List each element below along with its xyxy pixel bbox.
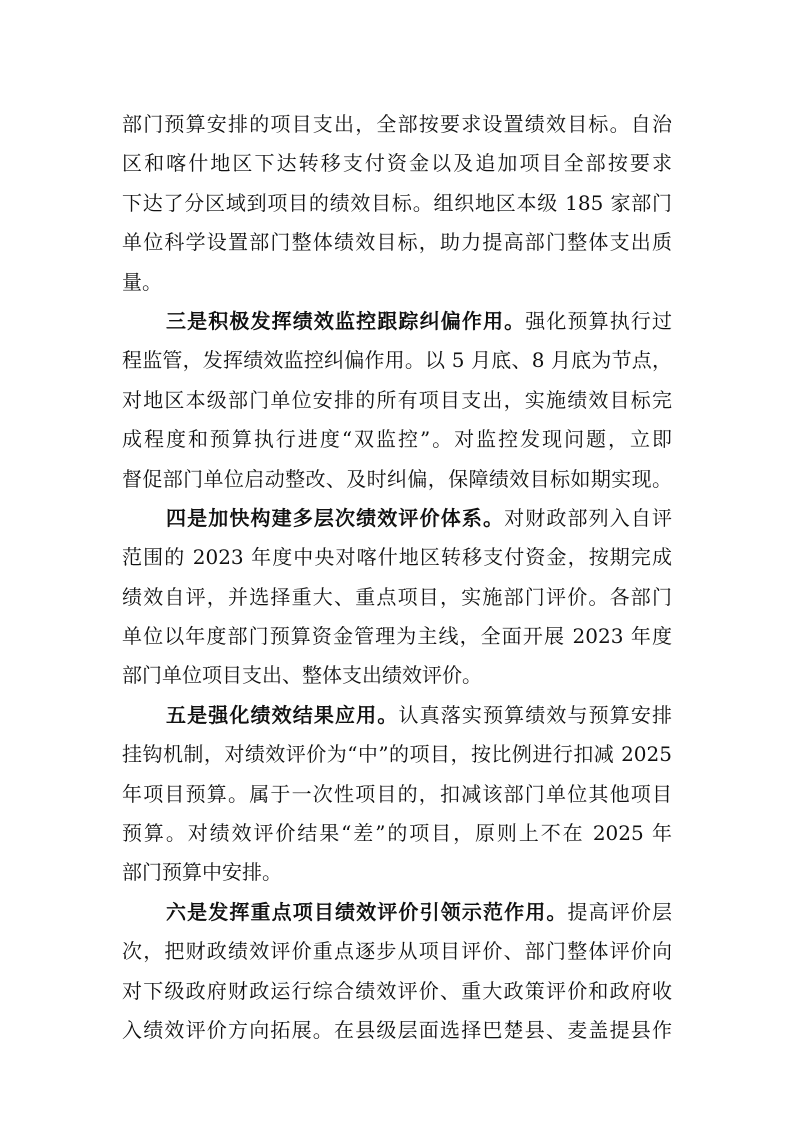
text-line: 年项目预算。属于一次性项目的，扣减该部门单位其他项目	[122, 775, 672, 814]
paragraph-first-line: 三是积极发挥绩效监控跟踪纠偏作用。强化预算执行过	[122, 302, 672, 341]
text-line: 部门预算中安排。	[122, 853, 672, 892]
text-line: 次，把财政绩效评价重点逐步从项目评价、部门整体评价向	[122, 932, 672, 971]
document-body: 部门预算安排的项目支出，全部按要求设置绩效目标。自治 区和喀什地区下达转移支付资…	[122, 105, 672, 1050]
text-line: 预算。对绩效评价结果“差”的项目，原则上不在 2025 年	[122, 814, 672, 853]
text-line: 程监管，发挥绩效监控纠偏作用。以 5 月底、8 月底为节点，	[122, 341, 672, 380]
paragraph-heading: 五是强化绩效结果应用。	[166, 703, 398, 727]
text-line: 区和喀什地区下达转移支付资金以及追加项目全部按要求	[122, 144, 672, 183]
text-line: 下达了分区域到项目的绩效目标。组织地区本级 185 家部门	[122, 184, 672, 223]
text-line: 绩效自评，并选择重大、重点项目，实施部门评价。各部门	[122, 578, 672, 617]
text-line: 范围的 2023 年度中央对喀什地区转移支付资金，按期完成	[122, 538, 672, 577]
text-line: 对地区本级部门单位安排的所有项目支出，实施绩效目标完	[122, 381, 672, 420]
text-line: 单位科学设置部门整体绩效目标，助力提高部门整体支出质	[122, 223, 672, 262]
text-line: 量。	[122, 263, 672, 302]
paragraph-text: 强化预算执行过	[525, 309, 672, 333]
text-line: 单位以年度部门预算资金管理为主线，全面开展 2023 年度	[122, 617, 672, 656]
paragraph-first-line: 四是加快构建多层次绩效评价体系。对财政部列入自评	[122, 499, 672, 538]
paragraph-heading: 六是发挥重点项目绩效评价引领示范作用。	[166, 900, 567, 924]
paragraph-text: 认真落实预算绩效与预算安排	[398, 703, 672, 727]
text-line: 成程度和预算执行进度“双监控”。对监控发现问题，立即	[122, 420, 672, 459]
paragraph-first-line: 五是强化绩效结果应用。认真落实预算绩效与预算安排	[122, 696, 672, 735]
text-line: 对下级政府财政运行综合绩效评价、重大政策评价和政府收	[122, 972, 672, 1011]
text-line: 挂钩机制，对绩效评价为“中”的项目，按比例进行扣减 2025	[122, 735, 672, 774]
document-page: 部门预算安排的项目支出，全部按要求设置绩效目标。自治 区和喀什地区下达转移支付资…	[0, 0, 793, 1122]
text-line: 入绩效评价方向拓展。在县级层面选择巴楚县、麦盖提县作	[122, 1011, 672, 1050]
text-line: 部门单位项目支出、整体支出绩效评价。	[122, 656, 672, 695]
paragraph-text: 提高评价层	[567, 900, 672, 924]
paragraph-heading: 四是加快构建多层次绩效评价体系。	[166, 506, 504, 530]
paragraph-text: 对财政部列入自评	[504, 506, 672, 530]
paragraph-first-line: 六是发挥重点项目绩效评价引领示范作用。提高评价层	[122, 893, 672, 932]
paragraph-heading: 三是积极发挥绩效监控跟踪纠偏作用。	[166, 309, 525, 333]
text-line: 部门预算安排的项目支出，全部按要求设置绩效目标。自治	[122, 105, 672, 144]
text-line: 督促部门单位启动整改、及时纠偏，保障绩效目标如期实现。	[122, 460, 672, 499]
